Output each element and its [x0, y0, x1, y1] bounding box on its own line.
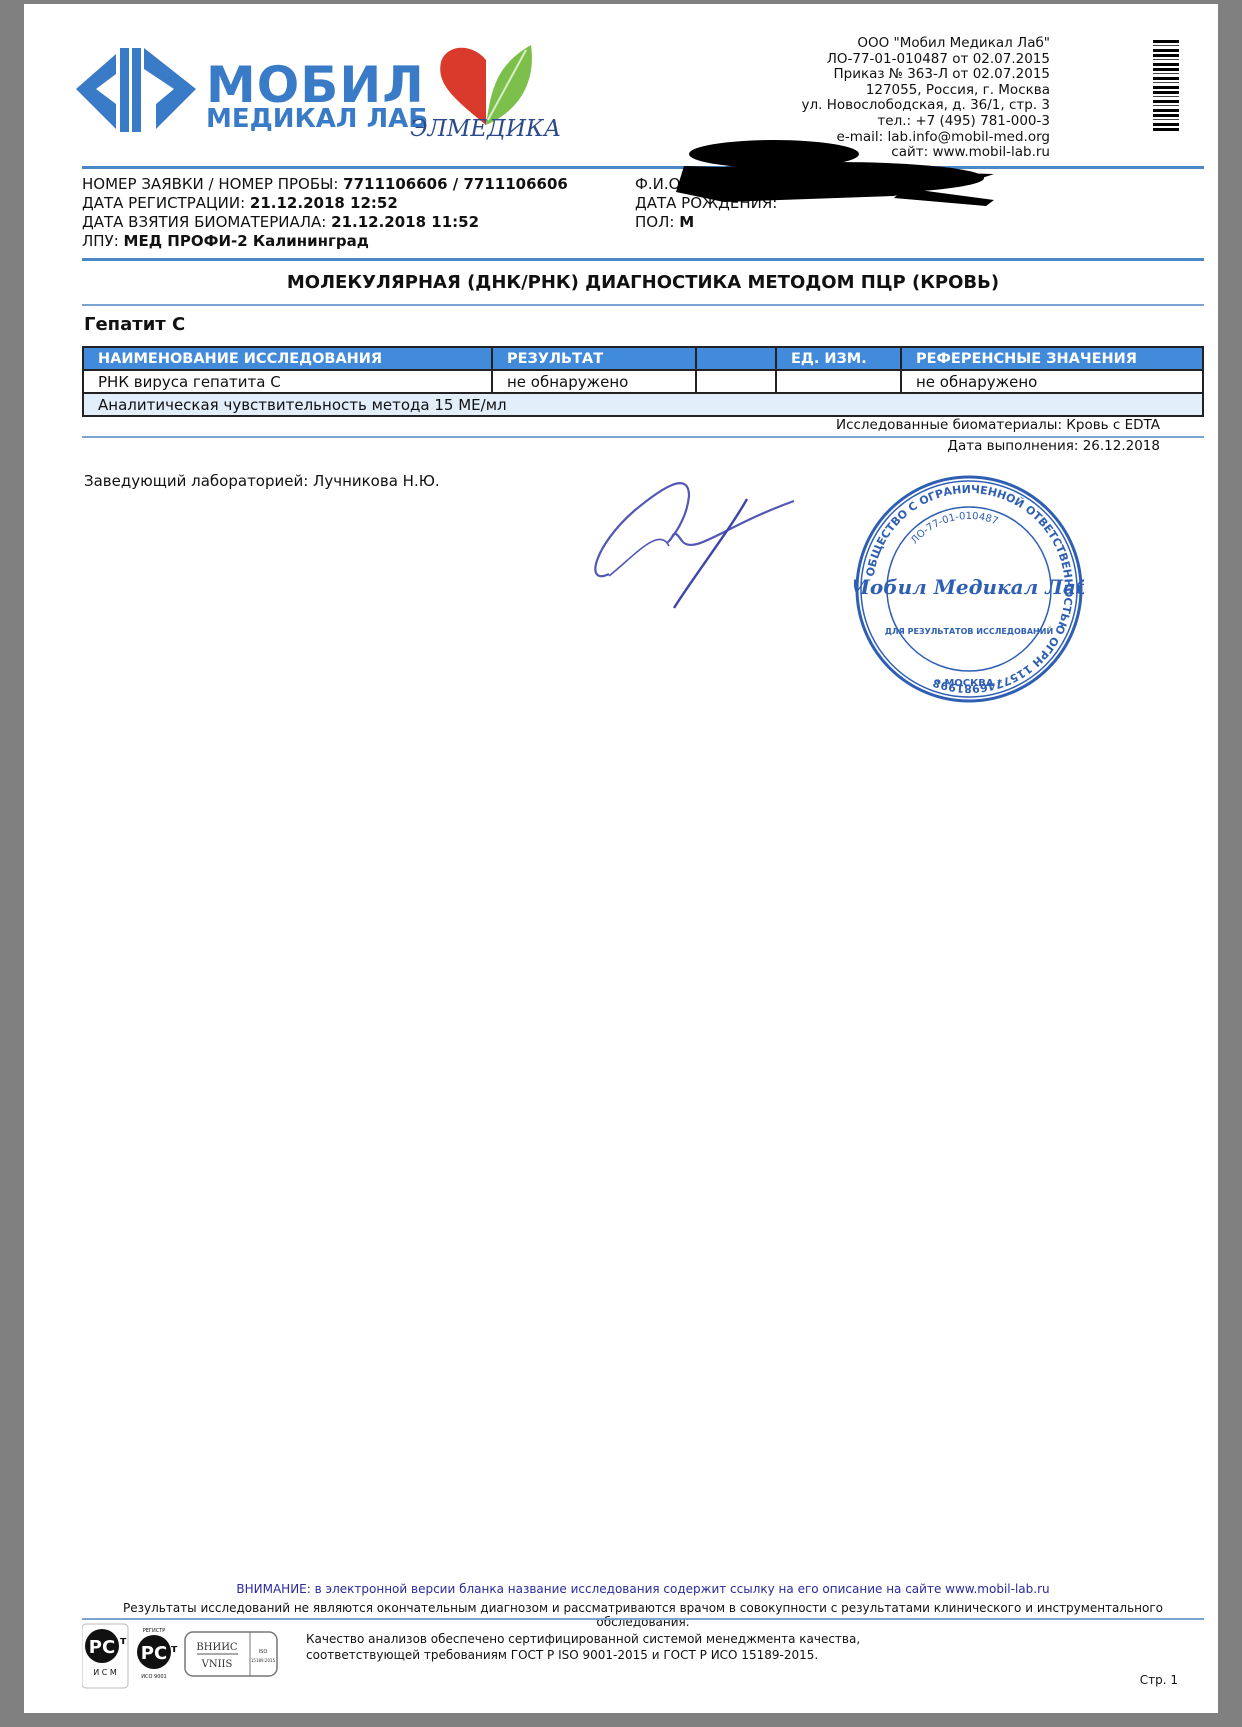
- svg-text:ВНИИС: ВНИИС: [196, 1642, 238, 1653]
- address-line: ООО "Мобил Медикал Лаб": [802, 36, 1050, 52]
- table-header-row: НАИМЕНОВАНИЕ ИССЛЕДОВАНИЯ РЕЗУЛЬТАТ ЕД. …: [83, 347, 1203, 370]
- table-row: РНК вируса гепатита С не обнаружено не о…: [83, 370, 1203, 393]
- column-header: РЕЗУЛЬТАТ: [492, 347, 696, 370]
- cert-line: соответствующей требованиям ГОСТ Р ISO 9…: [306, 1647, 860, 1663]
- biomaterial-info: Исследованные биоматериалы: Кровь с EDTA: [836, 417, 1160, 433]
- svg-text:15189:2015: 15189:2015: [251, 1658, 276, 1663]
- rst-registry-logo-icon: РС т РЕГИСТР ИСО 9001: [137, 1628, 178, 1680]
- flag-cell: [696, 370, 776, 393]
- document-page: МОБИЛ МЕДИКАЛ ЛАБ ЭЛМЕДИКА ООО "Мобил Ме…: [24, 4, 1218, 1713]
- website-notice: ВНИМАНИЕ: в электронной версии бланка на…: [82, 1582, 1204, 1596]
- result-cell: не обнаружено: [492, 370, 696, 393]
- barcode-icon: [1153, 40, 1179, 166]
- svg-text:РС: РС: [141, 1643, 167, 1664]
- section-title: Гепатит С: [84, 314, 185, 335]
- vniis-logo-icon: ВНИИС VNIIS ISO 15189:2015: [185, 1632, 277, 1676]
- divider: [82, 1618, 1204, 1620]
- column-header: РЕФЕРЕНСНЫЕ ЗНАЧЕНИЯ: [901, 347, 1203, 370]
- registration-date-label: ДАТА РЕГИСТРАЦИИ:: [82, 194, 250, 212]
- order-info: НОМЕР ЗАЯВКИ / НОМЕР ПРОБЫ: 7711106606 /…: [82, 175, 568, 251]
- quality-certification-text: Качество анализов обеспечено сертифициро…: [306, 1631, 860, 1663]
- page-number: Стр. 1: [1140, 1673, 1178, 1687]
- mobil-logo-icon: [76, 44, 196, 136]
- clinic-label: ЛПУ:: [82, 232, 124, 250]
- units-cell: [776, 370, 901, 393]
- column-header: [696, 347, 776, 370]
- address-line: ул. Новослободская, д. 36/1, стр. 3: [802, 98, 1050, 114]
- column-header: ЕД. ИЗМ.: [776, 347, 901, 370]
- completion-date: Дата выполнения: 26.12.2018: [947, 438, 1160, 454]
- cert-line: Качество анализов обеспечено сертифициро…: [306, 1631, 860, 1647]
- svg-text:VNIIS: VNIIS: [201, 1659, 233, 1670]
- svg-text:ДЛЯ РЕЗУЛЬТАТОВ ИССЛЕДОВАНИЙ: ДЛЯ РЕЗУЛЬТАТОВ ИССЛЕДОВАНИЙ: [885, 625, 1053, 636]
- column-header: НАИМЕНОВАНИЕ ИССЛЕДОВАНИЯ: [83, 347, 492, 370]
- svg-text:т: т: [120, 1634, 127, 1647]
- reference-cell: не обнаружено: [901, 370, 1203, 393]
- order-number-value: 7711106606 / 7711106606: [343, 175, 568, 193]
- signature-mark: [564, 466, 824, 616]
- partner-brand: ЭЛМЕДИКА: [410, 116, 561, 142]
- report-title: МОЛЕКУЛЯРНАЯ (ДНК/РНК) ДИАГНОСТИКА МЕТОД…: [82, 272, 1204, 293]
- registration-date-value: 21.12.2018 12:52: [250, 194, 398, 212]
- svg-text:ЛО-77-01-010487: ЛО-77-01-010487: [909, 511, 999, 546]
- divider: [82, 258, 1204, 261]
- order-number-label: НОМЕР ЗАЯВКИ / НОМЕР ПРОБЫ:: [82, 175, 343, 193]
- svg-text:«Мобил Медикал Лаб»: «Мобил Медикал Лаб»: [854, 575, 1084, 599]
- divider: [82, 304, 1204, 306]
- svg-text:РЕГИСТР: РЕГИСТР: [143, 1628, 166, 1634]
- clinic-value: МЕД ПРОФИ-2 Калининград: [124, 232, 369, 250]
- address-line: ЛО-77-01-010487 от 02.07.2015: [802, 52, 1050, 68]
- collection-date-label: ДАТА ВЗЯТИЯ БИОМАТЕРИАЛА:: [82, 213, 331, 231]
- brand-subname: МЕДИКАЛ ЛАБ: [206, 106, 428, 132]
- results-table: НАИМЕНОВАНИЕ ИССЛЕДОВАНИЯ РЕЗУЛЬТАТ ЕД. …: [82, 346, 1204, 417]
- test-name-link[interactable]: РНК вируса гепатита С: [83, 370, 492, 393]
- certification-logos: РС т И С М РС т РЕГИСТР ИСО 9001 ВНИИС V…: [82, 1622, 292, 1692]
- address-line: 127055, Россия, г. Москва: [802, 83, 1050, 99]
- svg-text:т: т: [171, 1642, 178, 1655]
- brand-name: МОБИЛ: [206, 60, 425, 110]
- svg-text:И С М: И С М: [93, 1668, 117, 1677]
- table-note-row: Аналитическая чувствительность метода 15…: [83, 393, 1203, 416]
- sensitivity-note: Аналитическая чувствительность метода 15…: [83, 393, 1203, 416]
- svg-text:* МОСКВА *: * МОСКВА *: [936, 678, 1004, 689]
- rst-ism-logo-icon: РС т И С М: [82, 1624, 128, 1688]
- lab-stamp: ОБЩЕСТВО С ОГРАНИЧЕННОЙ ОТВЕТСТВЕННОСТЬЮ…: [854, 474, 1084, 704]
- collection-date-value: 21.12.2018 11:52: [331, 213, 479, 231]
- address-line: Приказ № 363-Л от 02.07.2015: [802, 67, 1050, 83]
- address-line: тел.: +7 (495) 781-000-3: [802, 114, 1050, 130]
- redaction-mark: [664, 136, 1054, 216]
- head-of-lab: Заведующий лабораторией: Лучникова Н.Ю.: [84, 472, 440, 490]
- svg-text:ИСО 9001: ИСО 9001: [141, 1674, 166, 1680]
- svg-text:РС: РС: [89, 1637, 115, 1658]
- svg-text:ISO: ISO: [259, 1649, 268, 1655]
